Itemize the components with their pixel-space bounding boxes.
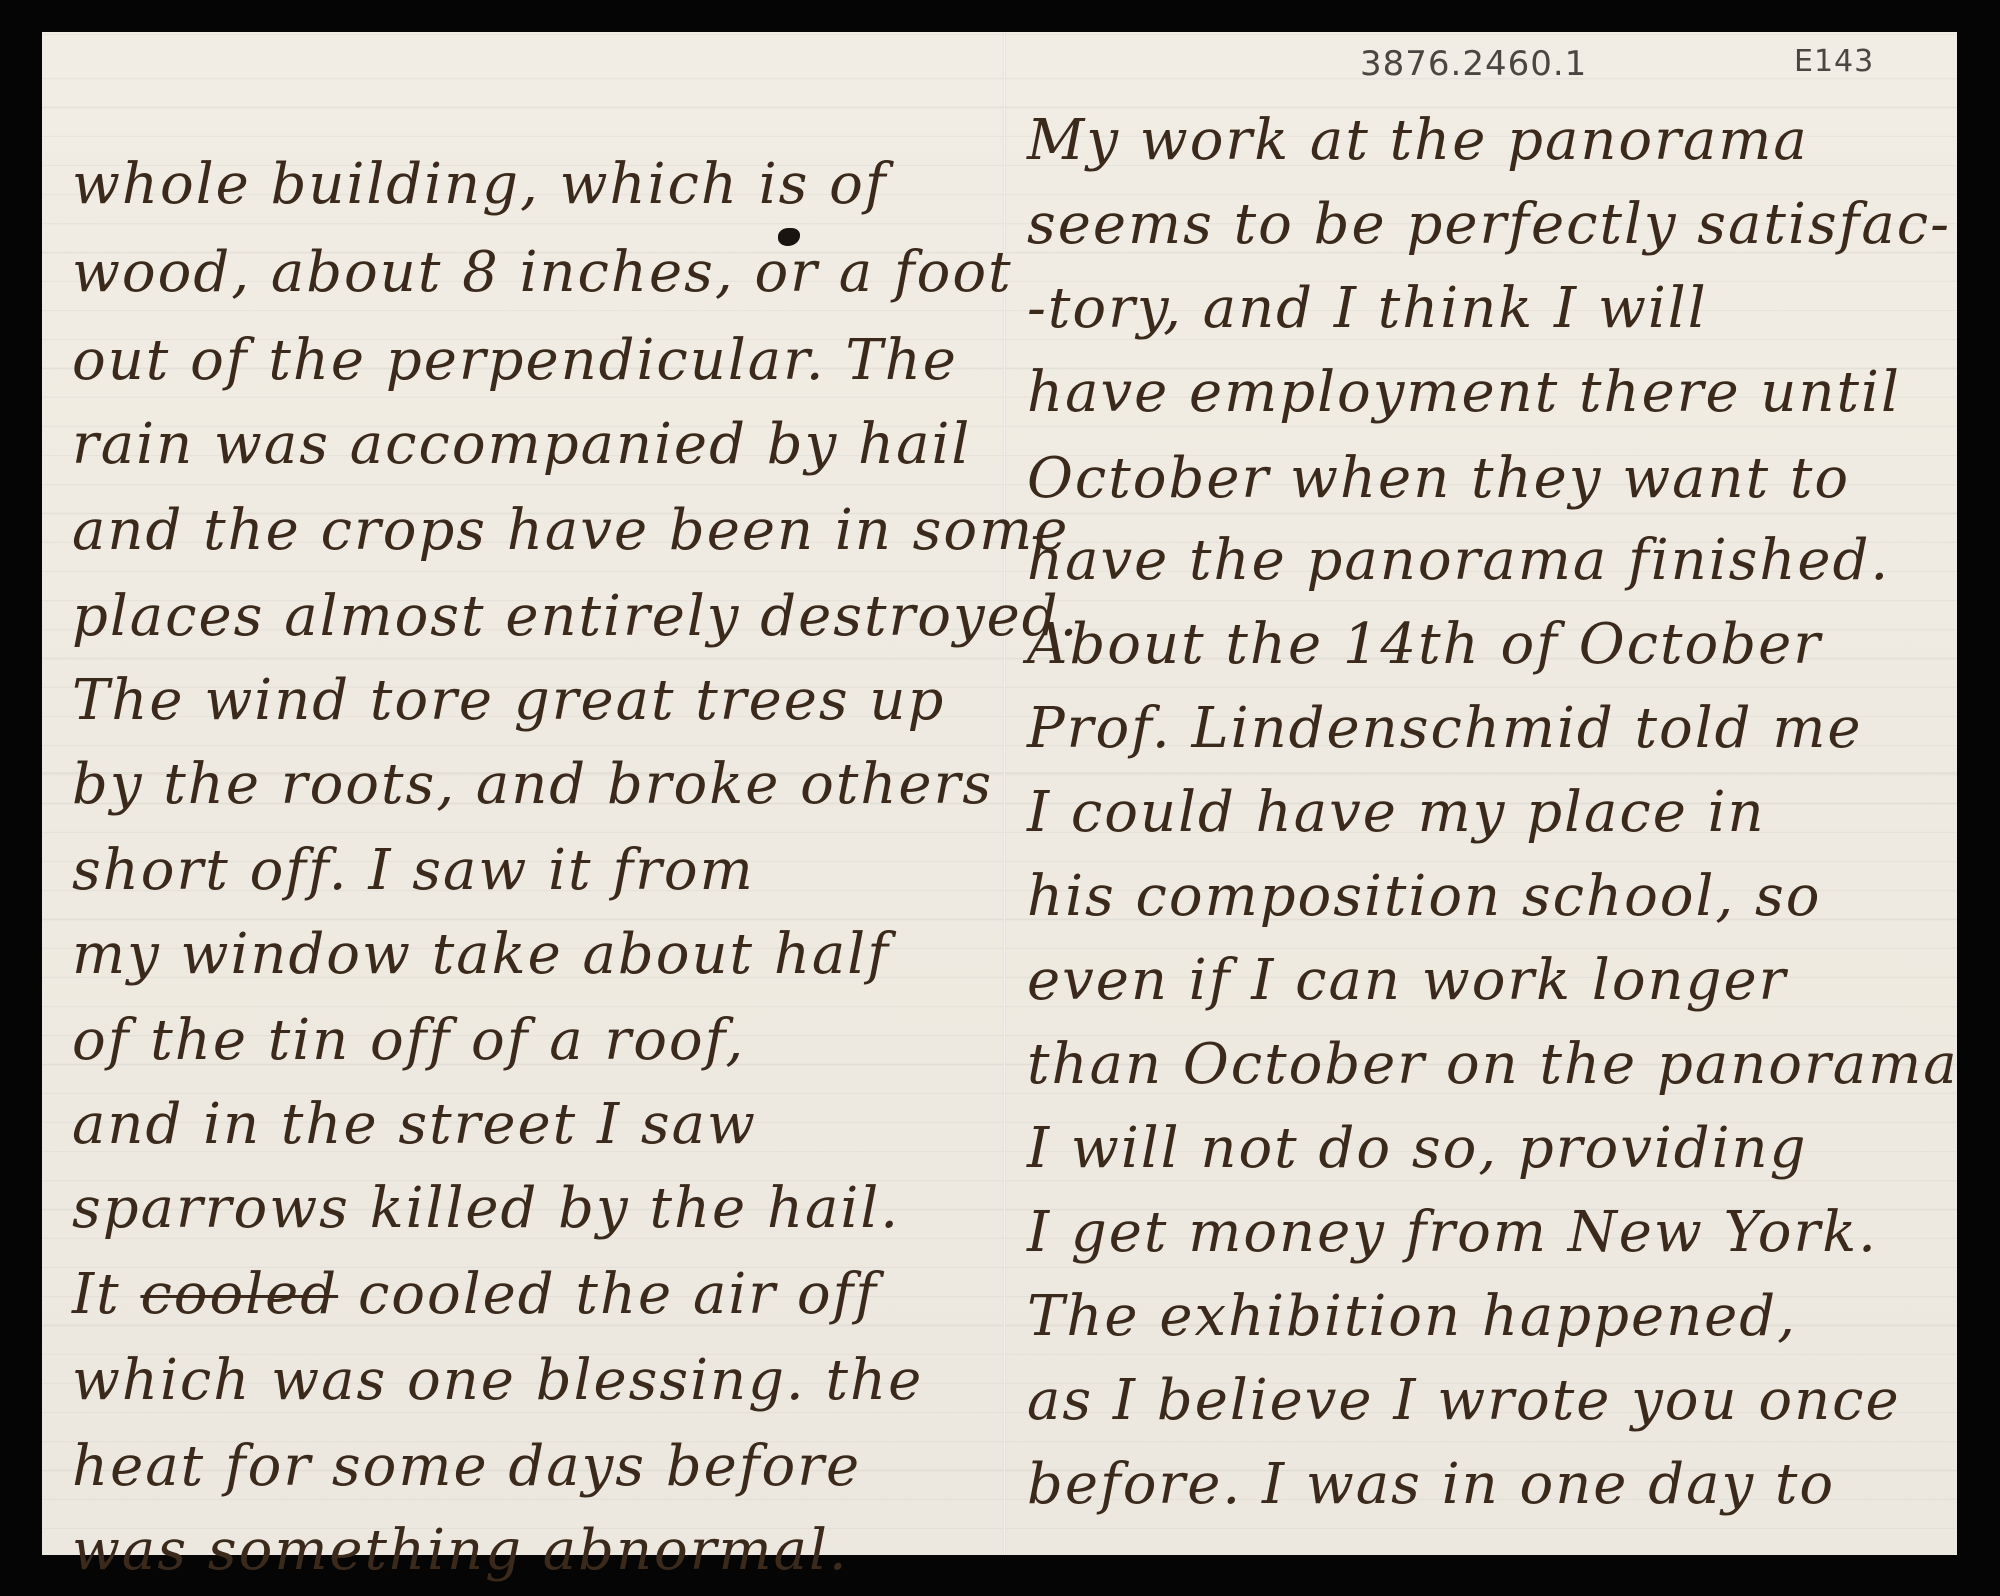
letter-line: whole building, which is of: [72, 152, 888, 217]
item-code: E143: [1794, 44, 1874, 79]
letter-line: I could have my place in: [1027, 780, 1766, 845]
letter-line-with-strikethrough: It cooled cooled the air off: [72, 1262, 878, 1327]
letter-line: -tory, and I think I will: [1027, 276, 1708, 341]
letter-line: out of the perpendicular. The: [72, 328, 958, 393]
letter-line: which was one blessing. the: [72, 1348, 923, 1413]
letter-line: as I believe I wrote you once: [1027, 1368, 1901, 1433]
letter-line: places almost entirely destroyed.: [72, 584, 1079, 649]
letter-line: I will not do so, providing: [1027, 1116, 1807, 1181]
letter-line: was something abnormal.: [72, 1518, 849, 1583]
letter-line: his composition school, so: [1027, 864, 1821, 929]
letter-line: of the tin off of a roof,: [72, 1008, 745, 1073]
letter-line: I get money from New York.: [1027, 1200, 1878, 1265]
letter-line: The wind tore great trees up: [72, 668, 945, 733]
letter-line: my window take about half: [72, 922, 890, 987]
letter-line: wood, about 8 inches, or a foot: [72, 240, 1013, 305]
struck-word: cooled: [140, 1262, 338, 1327]
letter-line: than October on the panorama: [1027, 1032, 1959, 1097]
letter-line: The exhibition happened,: [1027, 1284, 1797, 1349]
letter-line: About the 14th of October: [1027, 612, 1822, 677]
catalog-number: 3876.2460.1: [1360, 44, 1587, 84]
letter-line: heat for some days before: [72, 1434, 861, 1499]
letter-line: have employment there until: [1027, 360, 1901, 425]
letter-line: Prof. Lindenschmid told me: [1027, 696, 1863, 761]
letter-line: sparrows killed by the hail.: [72, 1176, 900, 1241]
letter-line: My work at the panorama: [1027, 108, 1809, 173]
letter-line: have the panorama finished.: [1027, 528, 1890, 593]
letter-line: and the crops have been in some: [72, 498, 1069, 563]
letter-line: October when they want to: [1027, 446, 1850, 511]
letter-line: and in the street I saw: [72, 1092, 757, 1157]
letter-sheet: 3876.2460.1 E143 whole building, which i…: [42, 32, 1957, 1555]
letter-line: even if I can work longer: [1027, 948, 1787, 1013]
letter-line: rain was accompanied by hail: [72, 412, 971, 477]
letter-line: before. I was in one day to: [1027, 1452, 1835, 1517]
letter-line: seems to be perfectly satisfac-: [1027, 192, 1951, 257]
letter-line: by the roots, and broke others: [72, 752, 993, 817]
line-text: It cooled cooled the air off: [72, 1262, 878, 1327]
letter-line: short off. I saw it from: [72, 838, 755, 903]
